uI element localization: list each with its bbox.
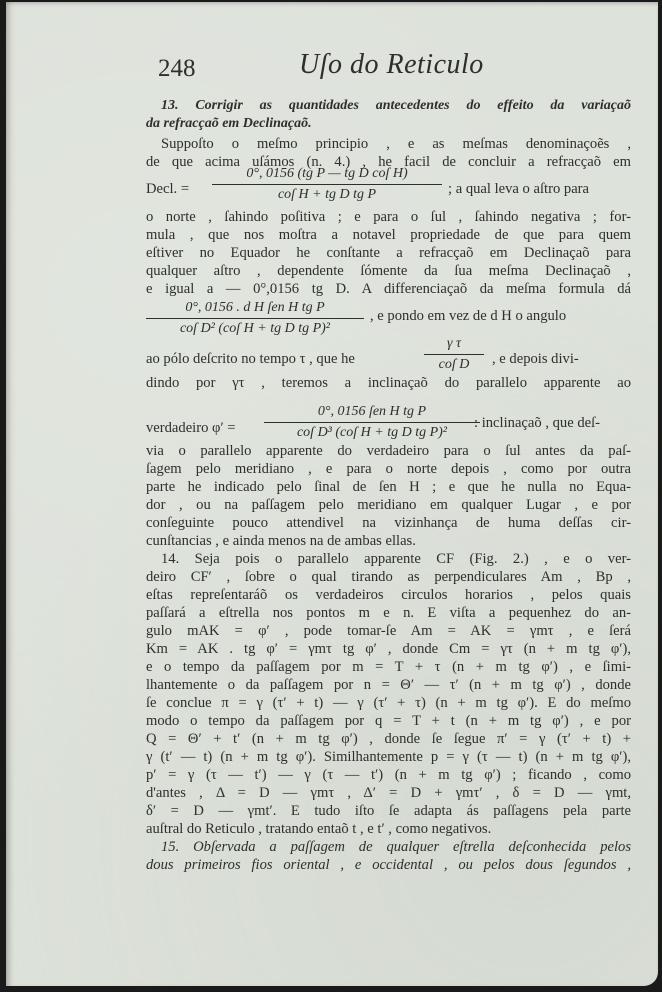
paragraph-line: paſſará a eſtrella nos pontos m e n. E v… xyxy=(146,604,631,622)
paragraph-line: conſeguinte pouco attendivel na vizinhan… xyxy=(146,514,631,532)
fraction-bar xyxy=(424,354,484,355)
paragraph-line: e o tempo da paſſagem por m = T + τ (n +… xyxy=(146,658,631,676)
paragraph-line: lhantemente o da paſſagem por n = Θ′ — τ… xyxy=(146,676,631,694)
section-13-heading-cont: da refracçaõ em Declinaçaõ. xyxy=(146,115,631,133)
formula-label: verdadeiro φ′ = xyxy=(146,420,236,437)
fraction-denominator: coſ D³ (coſ H + tg D tg P)² xyxy=(264,424,480,442)
book-page: 248 Uſo do Reticulo 13. Corrigir as quan… xyxy=(6,2,658,986)
pole-fraction: γ τ coſ D xyxy=(424,335,484,374)
paragraph-line: qualquer aſtro , dependente ſómente da ſ… xyxy=(146,262,631,280)
paragraph-line: d'antes , Δ = D — γmτ , Δ′ = D + γmτ′ , … xyxy=(146,784,631,802)
paragraph-line: ſe conclue π = γ (τ′ + t) — γ (τ′ + τ) (… xyxy=(146,694,631,712)
fraction-bar xyxy=(146,318,364,319)
differential-fraction: 0°, 0156 . d H ſen H tg P coſ D² (coſ H … xyxy=(146,299,364,338)
paragraph-line: deiro CF′ , ſobre o qual tirando as perp… xyxy=(146,568,631,586)
section-15-heading: 15. Obſervada a paſſagem de qualquer eſt… xyxy=(161,838,631,856)
formula-continuation: ; a qual leva o aſtro para xyxy=(448,181,589,198)
paragraph-line: gulo mAK = φ′ , pode tomar-ſe Am = AK = … xyxy=(146,622,631,640)
section-13-heading: 13. Corrigir as quantidades antecedentes… xyxy=(161,97,631,115)
running-title: Uſo do Reticulo xyxy=(299,49,484,81)
fraction-denominator: coſ D² (coſ H + tg D tg P)² xyxy=(146,320,364,338)
paragraph-line: Q = Θ′ + t′ (n + m tg φ′) , donde ſe ſeg… xyxy=(146,730,631,748)
paragraph-line: parte he indicado pelo ſinal de ſen H ; … xyxy=(146,478,631,496)
paragraph-line: via o parallelo apparente do verdadeiro … xyxy=(146,442,631,460)
paragraph-line: ao pólo deſcrito no tempo τ , que he xyxy=(146,351,355,368)
paragraph-line: e igual a — 0°,0156 tg D. A differenciaç… xyxy=(146,280,631,298)
fraction-numerator: 0°, 0156 (tg P — tg D coſ H) xyxy=(212,165,442,183)
formula-continuation: : inclinaçaõ , que deſ- xyxy=(474,415,600,432)
formula-continuation: , e pondo em vez de d H o angulo xyxy=(370,308,566,325)
fraction-numerator: 0°, 0156 . d H ſen H tg P xyxy=(146,299,364,317)
fraction-denominator: coſ D xyxy=(424,356,484,374)
paragraph-line: γ (t′ — t) (n + m tg φ′). Similhantement… xyxy=(146,748,631,766)
page-number: 248 xyxy=(158,55,196,83)
paragraph-line: mula , que nos moſtra a notavel propried… xyxy=(146,226,631,244)
section-15-heading-cont: dous primeiros fios oriental , e occiden… xyxy=(146,856,631,874)
paragraph-line: eſtas repreſentaráõ os verdadeiros circu… xyxy=(146,586,631,604)
paragraph-line: cunſtancias , e ainda menos na de ambas … xyxy=(146,532,631,550)
fraction-denominator: coſ H + tg D tg P xyxy=(212,186,442,204)
section-14-start: 14. Seja pois o parallelo apparente CF (… xyxy=(161,550,631,568)
fraction-bar xyxy=(212,184,442,185)
formula-continuation: , e depois divi- xyxy=(492,351,579,368)
paragraph-line: Km = AK . tg φ′ = γmτ tg φ′ , donde Cm =… xyxy=(146,640,631,658)
paragraph-line: Suppoſto o meſmo principio , e as meſmas… xyxy=(161,135,631,153)
formula-label: Decl. = xyxy=(146,181,189,198)
paragraph-line: modo o tempo da paſſagem por q = T + t (… xyxy=(146,712,631,730)
fraction-bar xyxy=(264,422,480,423)
paragraph-line: p′ = γ (τ — t′) — γ (τ — t′) (n + m tg φ… xyxy=(146,766,631,784)
paragraph-line: dor , ou na paſſagem pelo meridiano em q… xyxy=(146,496,631,514)
fraction-numerator: γ τ xyxy=(424,335,484,353)
paragraph-line: ſagem pelo meridiano , e para o norte de… xyxy=(146,460,631,478)
decl-fraction: 0°, 0156 (tg P — tg D coſ H) coſ H + tg … xyxy=(212,165,442,204)
inclination-fraction: 0°, 0156 ſen H tg P coſ D³ (coſ H + tg D… xyxy=(264,403,480,442)
paragraph-line: dindo por γτ , teremos a inclinaçaõ do p… xyxy=(146,374,631,392)
paragraph-line: δ′ = D — γmt′. E tudo iſto ſe adapta ás … xyxy=(146,802,631,820)
fraction-numerator: 0°, 0156 ſen H tg P xyxy=(264,403,480,421)
paragraph-line: auſtral do Reticulo , tratando entaõ t ,… xyxy=(146,820,631,838)
paragraph-line: eſtiver no Equador he conſtante a refrac… xyxy=(146,244,631,262)
paragraph-line: o norte , ſahindo poſitiva ; e para o ſu… xyxy=(146,208,631,226)
